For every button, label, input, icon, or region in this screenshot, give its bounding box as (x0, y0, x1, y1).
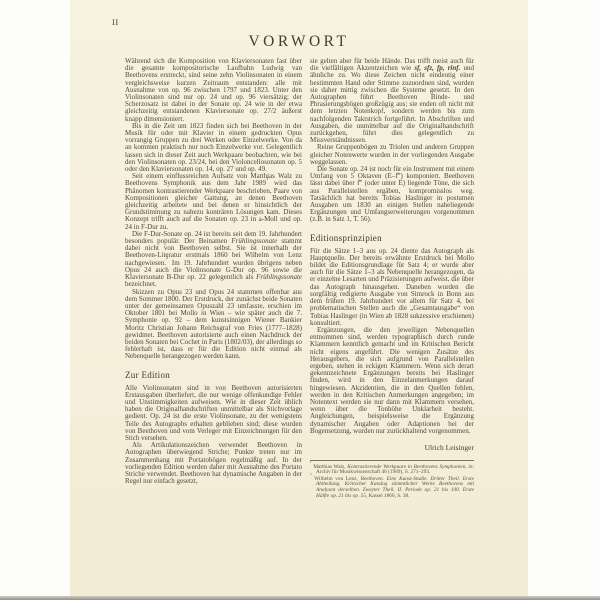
paragraph: Reine Gruppenbögen zu Triolen und andere… (310, 144, 474, 166)
paragraph: sie gelten aber für beide Hände. Das tri… (310, 58, 474, 144)
footnote-1: 1 Matthias Walz, Kontrastierende Werkpaa… (310, 464, 474, 476)
page-number: II (112, 17, 119, 27)
paragraph: Die F-Dur-Sonate op. 24 ist bereits seit… (125, 231, 302, 289)
text-columns: Während sich die Komposition von Klavier… (125, 58, 474, 499)
section-heading-zur-edition: Zur Edition (125, 370, 302, 380)
section-heading-editionsprinzipien: Editionsprinzipien (310, 233, 474, 243)
footnotes-block: 1 Matthias Walz, Kontrastierende Werkpaa… (310, 460, 474, 499)
paragraph: Die Sonate op. 24 ist noch für ein Instr… (310, 166, 474, 224)
footnote-2: 2 Wilhelm von Lenz, Beethoven. Eine Kuns… (310, 476, 474, 500)
author-signature: Ulrich Leisinger (310, 444, 474, 451)
paragraph: Als Artikulationszeichen verwendet Beeth… (125, 442, 302, 485)
scanned-page: II VORWORT Während sich die Komposition … (70, 0, 528, 600)
paragraph: Alle Violinsonaten sind in von Beethoven… (125, 385, 302, 443)
paragraph: Ergänzungen, die den jeweiligen Nebenque… (310, 327, 474, 435)
paragraph: Skizzen zu Opus 23 und Opus 24 stammen o… (125, 289, 302, 361)
page-title: VORWORT (70, 0, 528, 51)
right-column: sie gelten aber für beide Hände. Das tri… (310, 58, 474, 499)
paragraph: Bis in die Zeit um 1823 finden sich bei … (125, 123, 302, 173)
left-column: Während sich die Komposition von Klavier… (125, 58, 302, 485)
paragraph: Seit einem einflussreichen Aufsatz von M… (125, 173, 302, 231)
paragraph: Für die Sätze 1–3 aus op. 24 diente das … (310, 248, 474, 327)
paragraph: Während sich die Komposition von Klavier… (125, 58, 302, 123)
scan-bottom-edge (0, 596, 600, 600)
